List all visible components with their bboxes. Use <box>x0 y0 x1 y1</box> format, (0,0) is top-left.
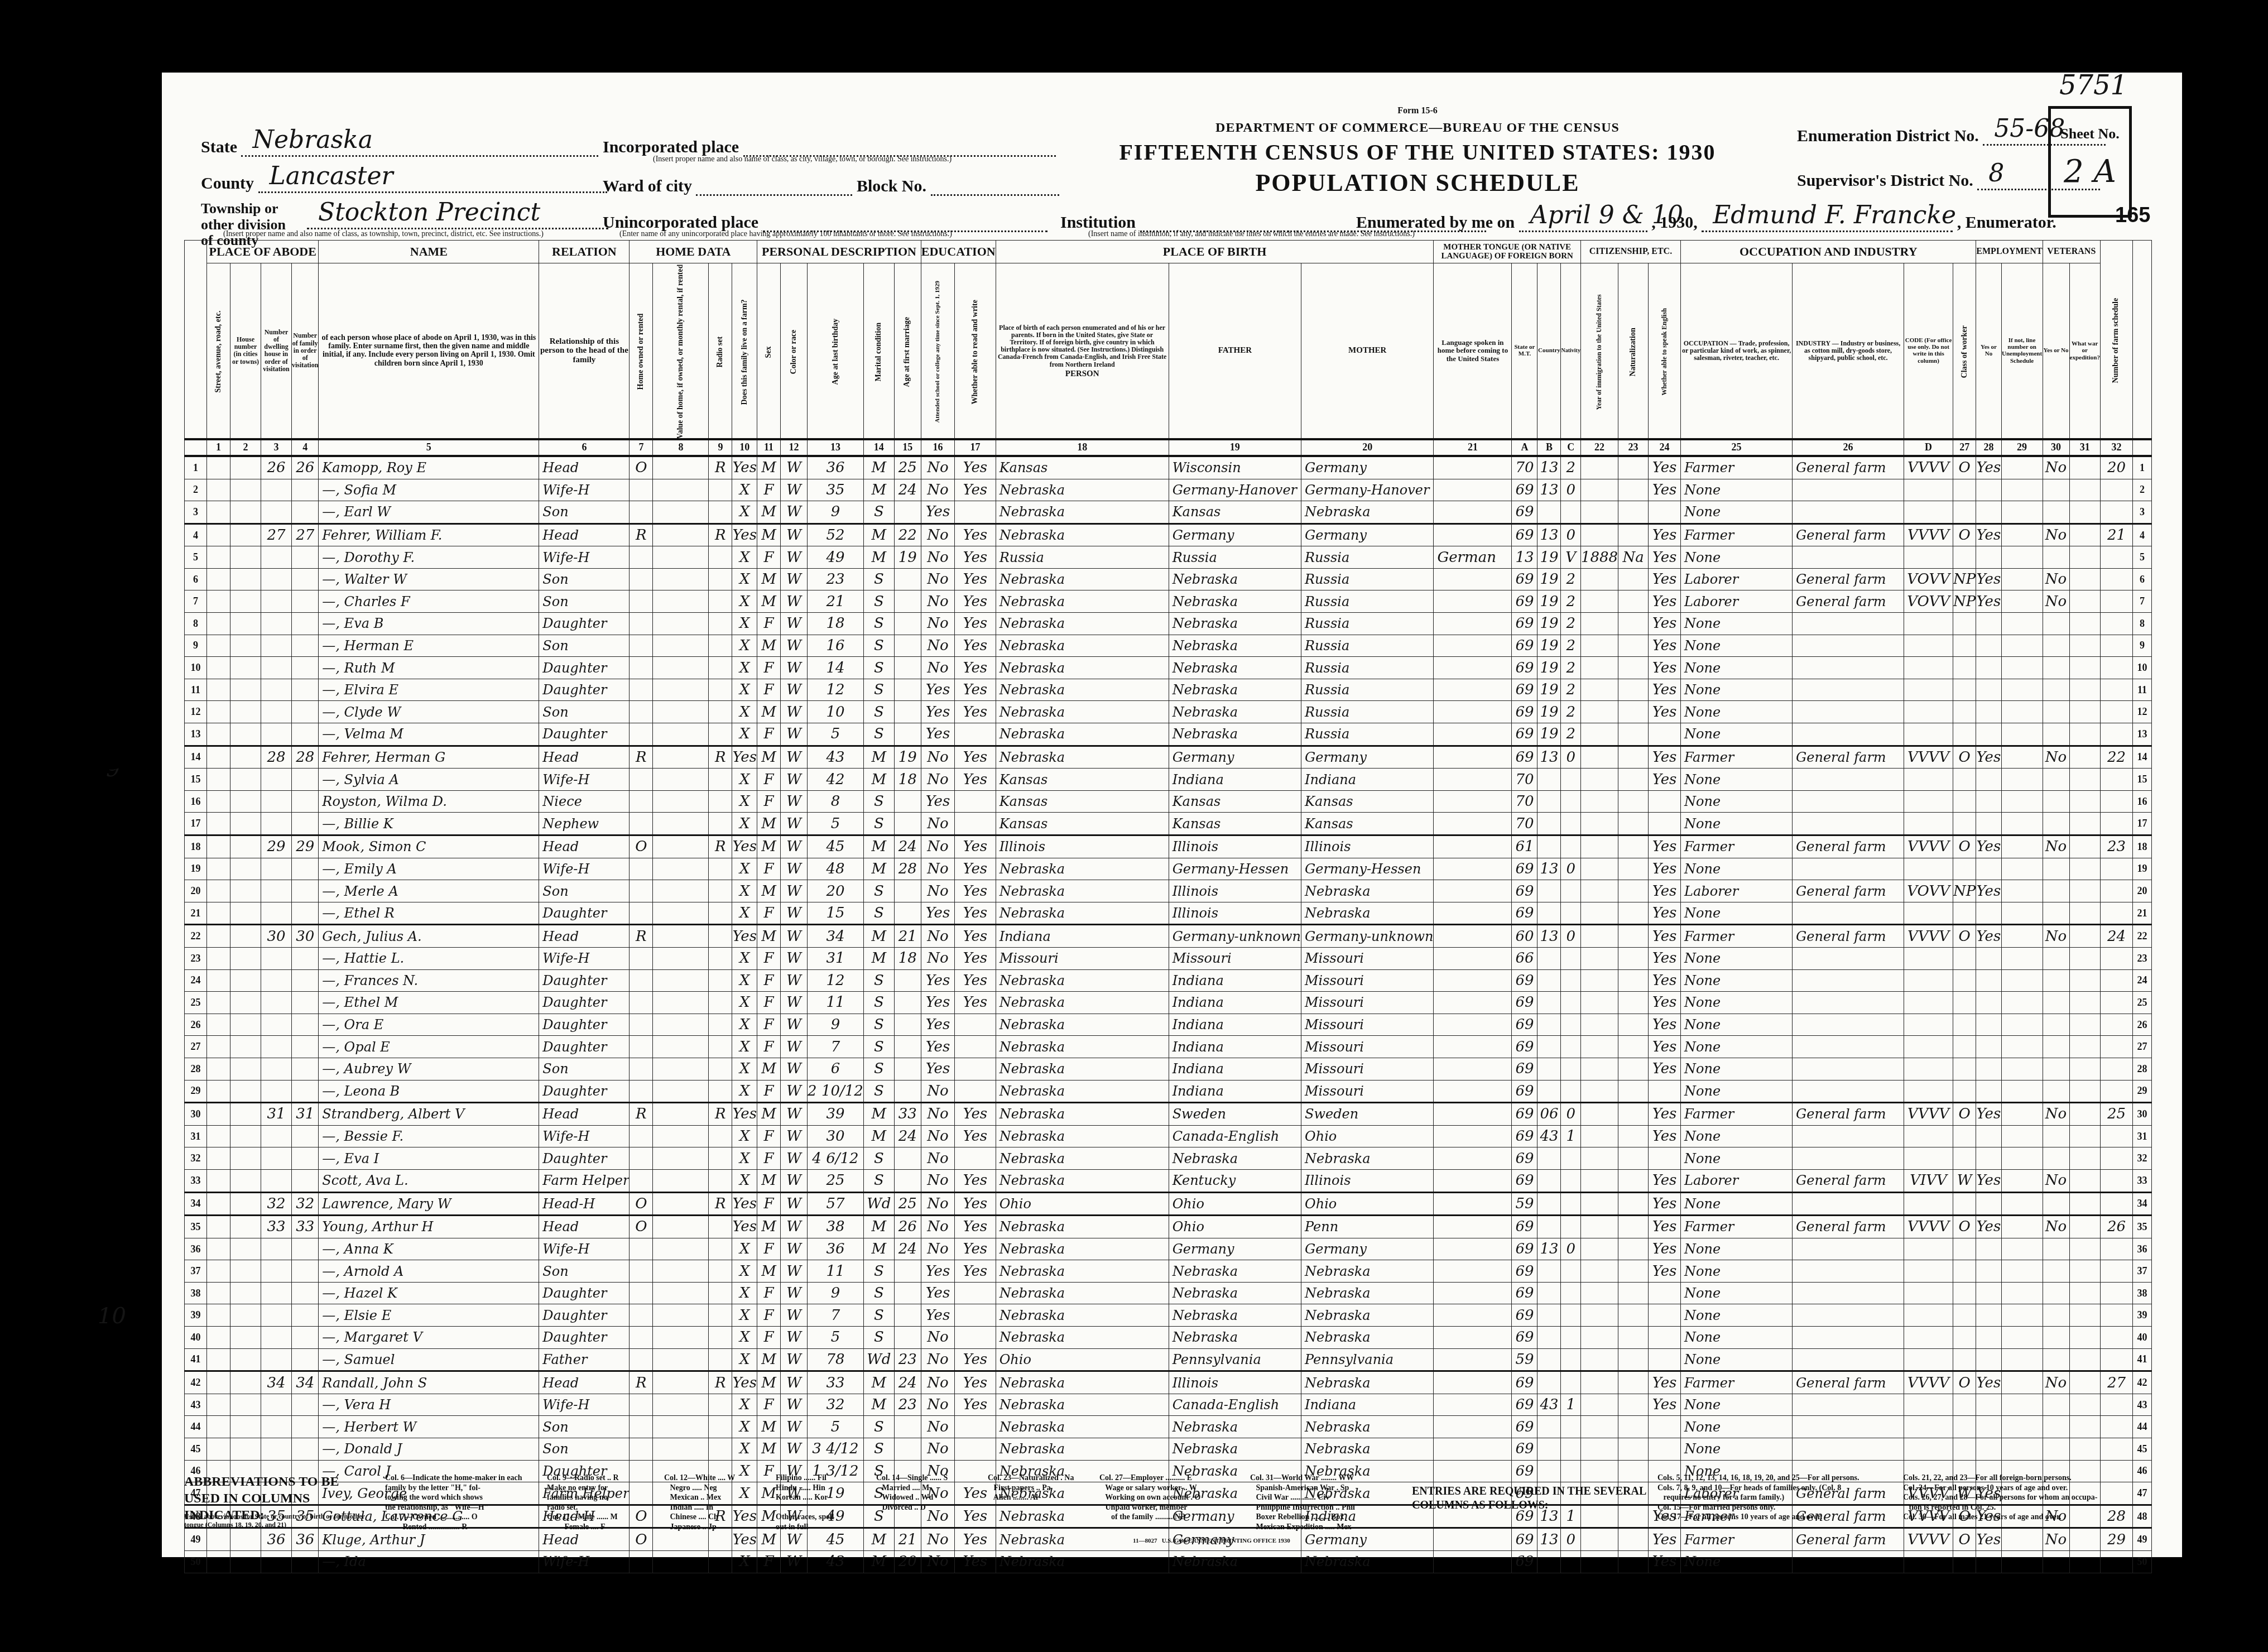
table-row: 10—, Ruth MDaughterXFW14SNoYesNebraskaNe… <box>185 657 2152 679</box>
cell-dwelling <box>261 701 292 723</box>
cell-age: 30 <box>808 1125 864 1147</box>
cell-name: —, Anna K <box>319 1238 539 1260</box>
cell-nat: Na <box>1618 546 1649 569</box>
cell-owned <box>630 880 653 902</box>
cell-owned: O <box>630 1192 653 1216</box>
cell-radio-set: R <box>709 835 732 858</box>
cell-codeD <box>1904 635 1953 657</box>
cell-dwelling: 29 <box>261 835 292 858</box>
cell-industry <box>1793 790 1904 813</box>
cell-occupation: None <box>1681 701 1793 723</box>
column-number: 21 <box>1434 439 1512 456</box>
line-number: 2 <box>185 479 207 501</box>
cell-age-marr: 18 <box>894 947 921 969</box>
cell-worker <box>1953 1327 1976 1349</box>
cell-worker <box>1953 1416 1976 1438</box>
cell-immig <box>1580 1169 1618 1192</box>
cell-farm: X <box>732 1014 757 1036</box>
cell-war <box>2069 1282 2100 1304</box>
cell-english <box>1649 1304 1681 1327</box>
cell-cC <box>1561 1169 1580 1192</box>
line-number: 44 <box>185 1416 207 1438</box>
cell-worker <box>1953 790 1976 813</box>
cell-relation: Daughter <box>539 1282 630 1304</box>
cell-cA: 69 <box>1512 1058 1537 1080</box>
table-row: 423434Randall, John SHeadRRYesMW33M24NoY… <box>185 1371 2152 1394</box>
cell-read <box>955 501 996 524</box>
cell-marital: S <box>863 723 894 746</box>
cell-farmsch <box>2100 1304 2132 1327</box>
cell-industry <box>1793 701 1904 723</box>
cell-read: Yes <box>955 969 996 992</box>
cell-unemp <box>2001 1125 2043 1147</box>
cell-immig <box>1580 902 1618 925</box>
cell-farmsch <box>2100 1058 2132 1080</box>
cell-age-marr <box>894 1080 921 1103</box>
cell-cA: 69 <box>1512 1416 1537 1438</box>
cell-cB <box>1537 1371 1561 1394</box>
cell-family <box>292 1327 319 1349</box>
cell-age-marr: 24 <box>894 1371 921 1394</box>
cell-cA: 69 <box>1512 679 1537 701</box>
legend-col31: Col. 31—World War ........ WW Spanish-Am… <box>1250 1473 1355 1532</box>
cell-birth: Nebraska <box>996 524 1169 546</box>
cell-farm: X <box>732 992 757 1014</box>
cell-owned <box>630 679 653 701</box>
cell-nat <box>1618 1014 1649 1036</box>
column-number: 19 <box>1169 439 1301 456</box>
cell-value <box>653 1327 709 1349</box>
cell-codeD: VVVV <box>1904 456 1953 479</box>
cell-worker <box>1953 1125 1976 1147</box>
cell-relation: Head-H <box>539 1192 630 1216</box>
cell-mother: Germany-unknown <box>1301 925 1434 948</box>
cell-age-marr: 26 <box>894 1216 921 1238</box>
cell-mother: Russia <box>1301 590 1434 613</box>
cell-relation: Son <box>539 635 630 657</box>
cell-race: W <box>781 1327 808 1349</box>
cell-birth: Nebraska <box>996 1036 1169 1058</box>
cell-school: No <box>921 1348 954 1371</box>
enumerator-name: Edmund F. Francke <box>1713 201 1956 229</box>
cell-birth: Nebraska <box>996 590 1169 613</box>
cell-occupation: None <box>1681 1348 1793 1371</box>
cell-worker <box>1953 613 1976 635</box>
table-row: 43—, Vera HWife-HXFW32M23NoYesNebraskaCa… <box>185 1394 2152 1416</box>
cell-age: 16 <box>808 635 864 657</box>
table-row: 21—, Ethel RDaughterXFW15SYesYesNebraska… <box>185 902 2152 925</box>
cell-unemp <box>2001 858 2043 880</box>
cell-mother: Russia <box>1301 635 1434 657</box>
table-row: 11—, Elvira EDaughterXFW12SYesYesNebrask… <box>185 679 2152 701</box>
cell-cC <box>1561 902 1580 925</box>
cell-work: Yes <box>1976 1103 2001 1126</box>
cell-war <box>2069 1147 2100 1170</box>
cell-work <box>1976 1438 2001 1461</box>
cell-unemp <box>2001 1192 2043 1216</box>
cell-race: W <box>781 568 808 590</box>
cell-owned <box>630 701 653 723</box>
cell-industry <box>1793 1282 1904 1304</box>
line-number: 14 <box>185 746 207 769</box>
cell-codeD: VVVV <box>1904 1371 1953 1394</box>
cell-sex: F <box>757 1551 781 1573</box>
cell-read: Yes <box>955 746 996 769</box>
cell-farm: X <box>732 546 757 569</box>
cell-street <box>207 1080 230 1103</box>
cell-english: Yes <box>1649 590 1681 613</box>
line-number-right: 1 <box>2132 456 2151 479</box>
cell-farm: X <box>732 769 757 791</box>
cell-race: W <box>781 858 808 880</box>
cell-value <box>653 546 709 569</box>
cell-farmsch <box>2100 590 2132 613</box>
cell-value <box>653 701 709 723</box>
cell-work <box>1976 1348 2001 1371</box>
cell-cC: 0 <box>1561 524 1580 546</box>
cell-age-marr <box>894 813 921 835</box>
cell-immig <box>1580 1192 1618 1216</box>
line-number: 31 <box>185 1125 207 1147</box>
cell-worker <box>1953 813 1976 835</box>
cell-industry: General farm <box>1793 925 1904 948</box>
cell-name: —, Sofia M <box>319 479 539 501</box>
cell-name: Royston, Wilma D. <box>319 790 539 813</box>
cell-owned <box>630 635 653 657</box>
cell-family <box>292 790 319 813</box>
cell-sex: M <box>757 880 781 902</box>
cell-unemp <box>2001 1216 2043 1238</box>
enumeration-date: April 9 & 10 <box>1530 201 1683 229</box>
cell-race: W <box>781 813 808 835</box>
cell-cC <box>1561 1416 1580 1438</box>
cell-farm: Yes <box>732 1103 757 1126</box>
cell-tongue <box>1434 1192 1512 1216</box>
cell-owned <box>630 1058 653 1080</box>
table-row: 303131Strandberg, Albert VHeadRRYesMW39M… <box>185 1103 2152 1126</box>
punch-hole <box>95 751 126 770</box>
cell-street <box>207 546 230 569</box>
cell-age: 9 <box>808 501 864 524</box>
cell-mother: Missouri <box>1301 1058 1434 1080</box>
cell-farmsch <box>2100 969 2132 992</box>
cell-read: Yes <box>955 657 996 679</box>
cell-cC <box>1561 769 1580 791</box>
cell-farmsch: 25 <box>2100 1103 2132 1126</box>
cell-relation: Daughter <box>539 969 630 992</box>
cell-occupation: None <box>1681 679 1793 701</box>
line-number: 38 <box>185 1282 207 1304</box>
cell-farmsch <box>2100 1238 2132 1260</box>
cell-family <box>292 1169 319 1192</box>
cell-marital: S <box>863 813 894 835</box>
cell-cC: 0 <box>1561 1103 1580 1126</box>
cell-father: Germany-Hanover <box>1169 479 1301 501</box>
cell-cA: 69 <box>1512 501 1537 524</box>
cell-family <box>292 546 319 569</box>
cell-marital: S <box>863 1260 894 1283</box>
cell-occupation: Farmer <box>1681 925 1793 948</box>
cell-english: Yes <box>1649 1260 1681 1283</box>
cell-race: W <box>781 769 808 791</box>
cell-name: —, Earl W <box>319 501 539 524</box>
cell-school: No <box>921 947 954 969</box>
cell-cA: 69 <box>1512 880 1537 902</box>
cell-war <box>2069 1125 2100 1147</box>
cell-dwelling <box>261 1304 292 1327</box>
cell-war <box>2069 1348 2100 1371</box>
cell-unemp <box>2001 1080 2043 1103</box>
cell-vet: No <box>2043 524 2069 546</box>
cell-nat <box>1618 813 1649 835</box>
cell-english <box>1649 1282 1681 1304</box>
cell-codeD: VOVV <box>1904 880 1953 902</box>
cell-farm: X <box>732 969 757 992</box>
cell-cC <box>1561 947 1580 969</box>
cell-cA: 69 <box>1512 1282 1537 1304</box>
cell-marital: S <box>863 1058 894 1080</box>
cell-mother: Missouri <box>1301 1014 1434 1036</box>
cell-age-marr <box>894 969 921 992</box>
cell-war <box>2069 1438 2100 1461</box>
cell-value <box>653 1304 709 1327</box>
cell-codeD <box>1904 701 1953 723</box>
line-number-right: 41 <box>2132 1348 2151 1371</box>
cell-immig <box>1580 969 1618 992</box>
cell-age-marr <box>894 568 921 590</box>
cell-name: —, Elsie E <box>319 1304 539 1327</box>
cell-sex: F <box>757 1080 781 1103</box>
cell-house <box>230 1438 261 1461</box>
cell-farm: X <box>732 1058 757 1080</box>
line-number-header-right <box>2132 241 2151 439</box>
cell-english: Yes <box>1649 769 1681 791</box>
cell-mother: Penn <box>1301 1216 1434 1238</box>
cell-school: No <box>921 1125 954 1147</box>
cell-work <box>1976 1147 2001 1170</box>
cell-mother: Russia <box>1301 701 1434 723</box>
cell-english: Yes <box>1649 880 1681 902</box>
cell-sex: F <box>757 1036 781 1058</box>
cell-cB <box>1537 1147 1561 1170</box>
cell-unemp <box>2001 590 2043 613</box>
cell-race: W <box>781 969 808 992</box>
cell-house <box>230 1036 261 1058</box>
cell-birth: Nebraska <box>996 1216 1169 1238</box>
line-number-right: 7 <box>2132 590 2151 613</box>
line-number-right: 3 <box>2132 501 2151 524</box>
line-number: 29 <box>185 1080 207 1103</box>
cell-tongue <box>1434 1438 1512 1461</box>
cell-nat <box>1618 479 1649 501</box>
cell-occupation: Laborer <box>1681 568 1793 590</box>
cell-cB <box>1537 769 1561 791</box>
cell-dwelling <box>261 992 292 1014</box>
cell-cA: 59 <box>1512 1348 1537 1371</box>
unincorporated-note: (Enter name of any unincorporated place … <box>619 230 952 239</box>
table-row: 23—, Hattie L.Wife-HXFW31M18NoYesMissour… <box>185 947 2152 969</box>
cell-school: Yes <box>921 723 954 746</box>
cell-codeD <box>1904 723 1953 746</box>
cell-cB <box>1537 947 1561 969</box>
cell-dwelling <box>261 858 292 880</box>
cell-vet <box>2043 613 2069 635</box>
cell-dwelling <box>261 790 292 813</box>
line-number: 10 <box>185 657 207 679</box>
cell-mother: Missouri <box>1301 1080 1434 1103</box>
cell-race: W <box>781 1238 808 1260</box>
cell-family <box>292 947 319 969</box>
cell-cB: 13 <box>1537 1238 1561 1260</box>
cell-family <box>292 1014 319 1036</box>
cell-occupation: None <box>1681 1438 1793 1461</box>
cell-worker <box>1953 679 1976 701</box>
table-row: 29—, Leona BDaughterXFW2 10/12SNoNebrask… <box>185 1080 2152 1103</box>
line-number-right: 23 <box>2132 947 2151 969</box>
cell-school: Yes <box>921 902 954 925</box>
cell-farm: X <box>732 1238 757 1260</box>
cell-cB <box>1537 880 1561 902</box>
cell-vet: No <box>2043 835 2069 858</box>
line-number: 37 <box>185 1260 207 1283</box>
cell-read: Yes <box>955 835 996 858</box>
cell-tongue <box>1434 1551 1512 1573</box>
cell-race: W <box>781 613 808 635</box>
cell-school: No <box>921 1147 954 1170</box>
cell-age: 7 <box>808 1036 864 1058</box>
column-number: 30 <box>2043 439 2069 456</box>
cell-unemp <box>2001 1169 2043 1192</box>
cell-school: No <box>921 858 954 880</box>
cell-sex: M <box>757 456 781 479</box>
cell-sex: F <box>757 790 781 813</box>
cell-owned <box>630 1036 653 1058</box>
cell-value <box>653 1416 709 1438</box>
cell-value <box>653 723 709 746</box>
line-number: 26 <box>185 1014 207 1036</box>
cell-marital: Wd <box>863 1192 894 1216</box>
cell-cC <box>1561 1438 1580 1461</box>
cell-codeD <box>1904 546 1953 569</box>
cell-street <box>207 858 230 880</box>
cell-unemp <box>2001 790 2043 813</box>
cell-birth: Nebraska <box>996 992 1169 1014</box>
cell-sex: F <box>757 657 781 679</box>
cell-dwelling: 34 <box>261 1371 292 1394</box>
cell-name: Mook, Simon C <box>319 835 539 858</box>
cell-school: Yes <box>921 790 954 813</box>
cell-farmsch <box>2100 1014 2132 1036</box>
cell-age: 43 <box>808 746 864 769</box>
cell-marital: S <box>863 1080 894 1103</box>
entries-list-1: Cols. 5, 11, 12, 13, 14, 16, 18, 19, 20,… <box>1657 1473 1859 1523</box>
cell-relation: Head <box>539 1371 630 1394</box>
cell-marital: S <box>863 969 894 992</box>
cell-unemp <box>2001 479 2043 501</box>
cell-age: 42 <box>808 769 864 791</box>
cell-english: Yes <box>1649 902 1681 925</box>
cell-race: W <box>781 902 808 925</box>
form-number: Form 15-6 <box>1055 106 1780 116</box>
column-number-row: 123456789101112131415161718192021ABC2223… <box>185 439 2152 456</box>
cell-occupation: None <box>1681 1282 1793 1304</box>
cell-vet <box>2043 947 2069 969</box>
line-number-right: 6 <box>2132 568 2151 590</box>
cell-name: —, Velma M <box>319 723 539 746</box>
cell-cB <box>1537 835 1561 858</box>
line-number-right: 11 <box>2132 679 2151 701</box>
cell-relation: Head <box>539 1103 630 1126</box>
cell-mother: Nebraska <box>1301 1438 1434 1461</box>
cell-industry <box>1793 546 1904 569</box>
cell-war <box>2069 456 2100 479</box>
cell-farmsch <box>2100 613 2132 635</box>
cell-dwelling <box>261 1282 292 1304</box>
cell-family <box>292 1058 319 1080</box>
cell-cC: 2 <box>1561 635 1580 657</box>
cell-race: W <box>781 546 808 569</box>
cell-owned: O <box>630 1216 653 1238</box>
cell-cA: 69 <box>1512 858 1537 880</box>
cell-nat <box>1618 1103 1649 1126</box>
cell-sex: M <box>757 635 781 657</box>
table-row: 32—, Eva IDaughterXFW4 6/12SNoNebraskaNe… <box>185 1147 2152 1170</box>
cell-value <box>653 1103 709 1126</box>
legend-col6: Col. 6—Indicate the home-maker in each f… <box>385 1473 522 1532</box>
cell-house <box>230 1103 261 1126</box>
cell-worker <box>1953 769 1976 791</box>
cell-tongue <box>1434 1125 1512 1147</box>
group-education: EDUCATION <box>921 241 996 263</box>
cell-worker: O <box>1953 1103 1976 1126</box>
cell-immig <box>1580 1125 1618 1147</box>
cell-worker: O <box>1953 925 1976 948</box>
line-number-right: 34 <box>2132 1192 2151 1216</box>
cell-worker <box>1953 1551 1976 1573</box>
cell-radio-set: R <box>709 524 732 546</box>
cell-age-marr <box>894 501 921 524</box>
cell-farm: X <box>732 501 757 524</box>
cell-house <box>230 657 261 679</box>
cell-industry <box>1793 1394 1904 1416</box>
line-number-right: 39 <box>2132 1304 2151 1327</box>
cell-age: 21 <box>808 590 864 613</box>
cell-school: Yes <box>921 1036 954 1058</box>
cell-race: W <box>781 1260 808 1283</box>
cell-occupation: None <box>1681 1551 1793 1573</box>
cell-farm: X <box>732 590 757 613</box>
state-field: State Nebraska <box>201 128 598 157</box>
cell-cC <box>1561 1080 1580 1103</box>
cell-cA: 69 <box>1512 568 1537 590</box>
cell-unemp <box>2001 701 2043 723</box>
table-row: 40—, Margaret VDaughterXFW5SNoNebraskaNe… <box>185 1327 2152 1349</box>
cell-street <box>207 679 230 701</box>
line-number: 19 <box>185 858 207 880</box>
cell-vet <box>2043 1080 2069 1103</box>
cell-industry <box>1793 1438 1904 1461</box>
cell-age-marr <box>894 1058 921 1080</box>
cell-unemp <box>2001 1282 2043 1304</box>
footer: ABBREVIATIONS TO BE USED IN COLUMNS INDI… <box>184 1473 2160 1552</box>
county-value: Lancaster <box>270 162 393 190</box>
table-row: 3—, Earl WSonXMW9SYesNebraskaKansasNebra… <box>185 501 2152 524</box>
cell-relation: Daughter <box>539 679 630 701</box>
cell-birth: Kansas <box>996 813 1169 835</box>
table-row: 7—, Charles FSonXMW21SNoYesNebraskaNebra… <box>185 590 2152 613</box>
cell-dwelling: 33 <box>261 1216 292 1238</box>
column-number: 1 <box>207 439 230 456</box>
